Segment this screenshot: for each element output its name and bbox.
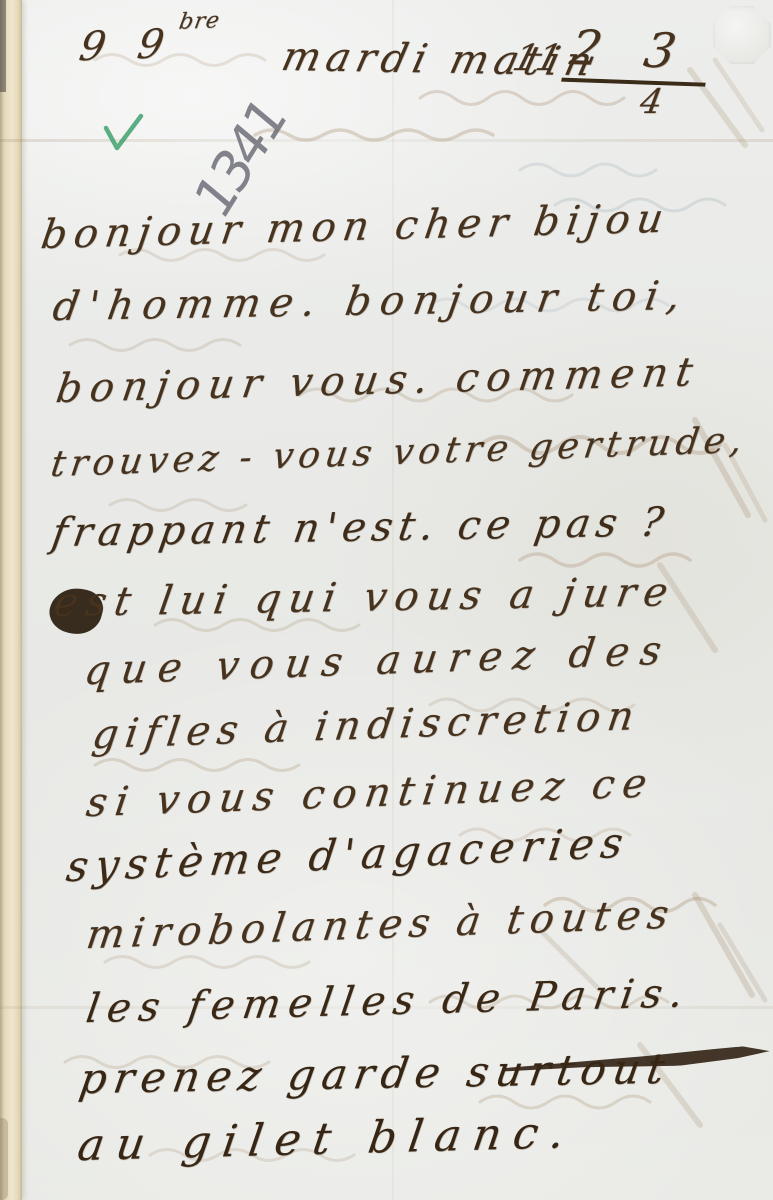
scan-edge-shadow-bottom (0, 1118, 8, 1200)
letter-page: 9 9bre mardi matin 11 2 3 4 1341 bonjour… (0, 0, 773, 1200)
letter-line: que vous aurez des (81, 627, 675, 694)
letter-line: prenez garde surtout (76, 1044, 675, 1103)
letter-line: si vous continuez ce (83, 760, 657, 826)
letter-line: frappant n'est. ce pas ? (49, 499, 673, 556)
letter-line: système d'agaceries (64, 817, 633, 891)
header-time-fraction-denominator: 4 (637, 82, 666, 122)
header-date-month-suffix: bre (177, 8, 222, 35)
header-date-day: 9 9 (76, 21, 178, 71)
letter-line: bonjour vous. comment (53, 349, 703, 412)
header-time-fraction-numerator: 2 3 (561, 20, 716, 87)
embossed-paper-stamp (713, 6, 771, 64)
scan-edge-shadow-top (0, 0, 6, 92)
header-date: 9 9bre (76, 19, 218, 70)
letter-line: trouvez - vous votre gertrude, (48, 420, 749, 486)
letter-line: est lui qui vous a jure (51, 569, 679, 626)
letter-line: mirobolantes à toutes (83, 891, 678, 958)
paper-deckle-edge (0, 0, 22, 1200)
letter-line: les femelles de Paris. (83, 970, 694, 1032)
letter-line: au gilet blanc. (74, 1107, 579, 1171)
letter-line: gifles à indiscretion (89, 693, 643, 758)
letter-line: bonjour mon cher bijou (38, 196, 673, 259)
letter-line: d'homme. bonjour toi, (50, 273, 693, 330)
green-checkmark-icon (100, 110, 146, 156)
